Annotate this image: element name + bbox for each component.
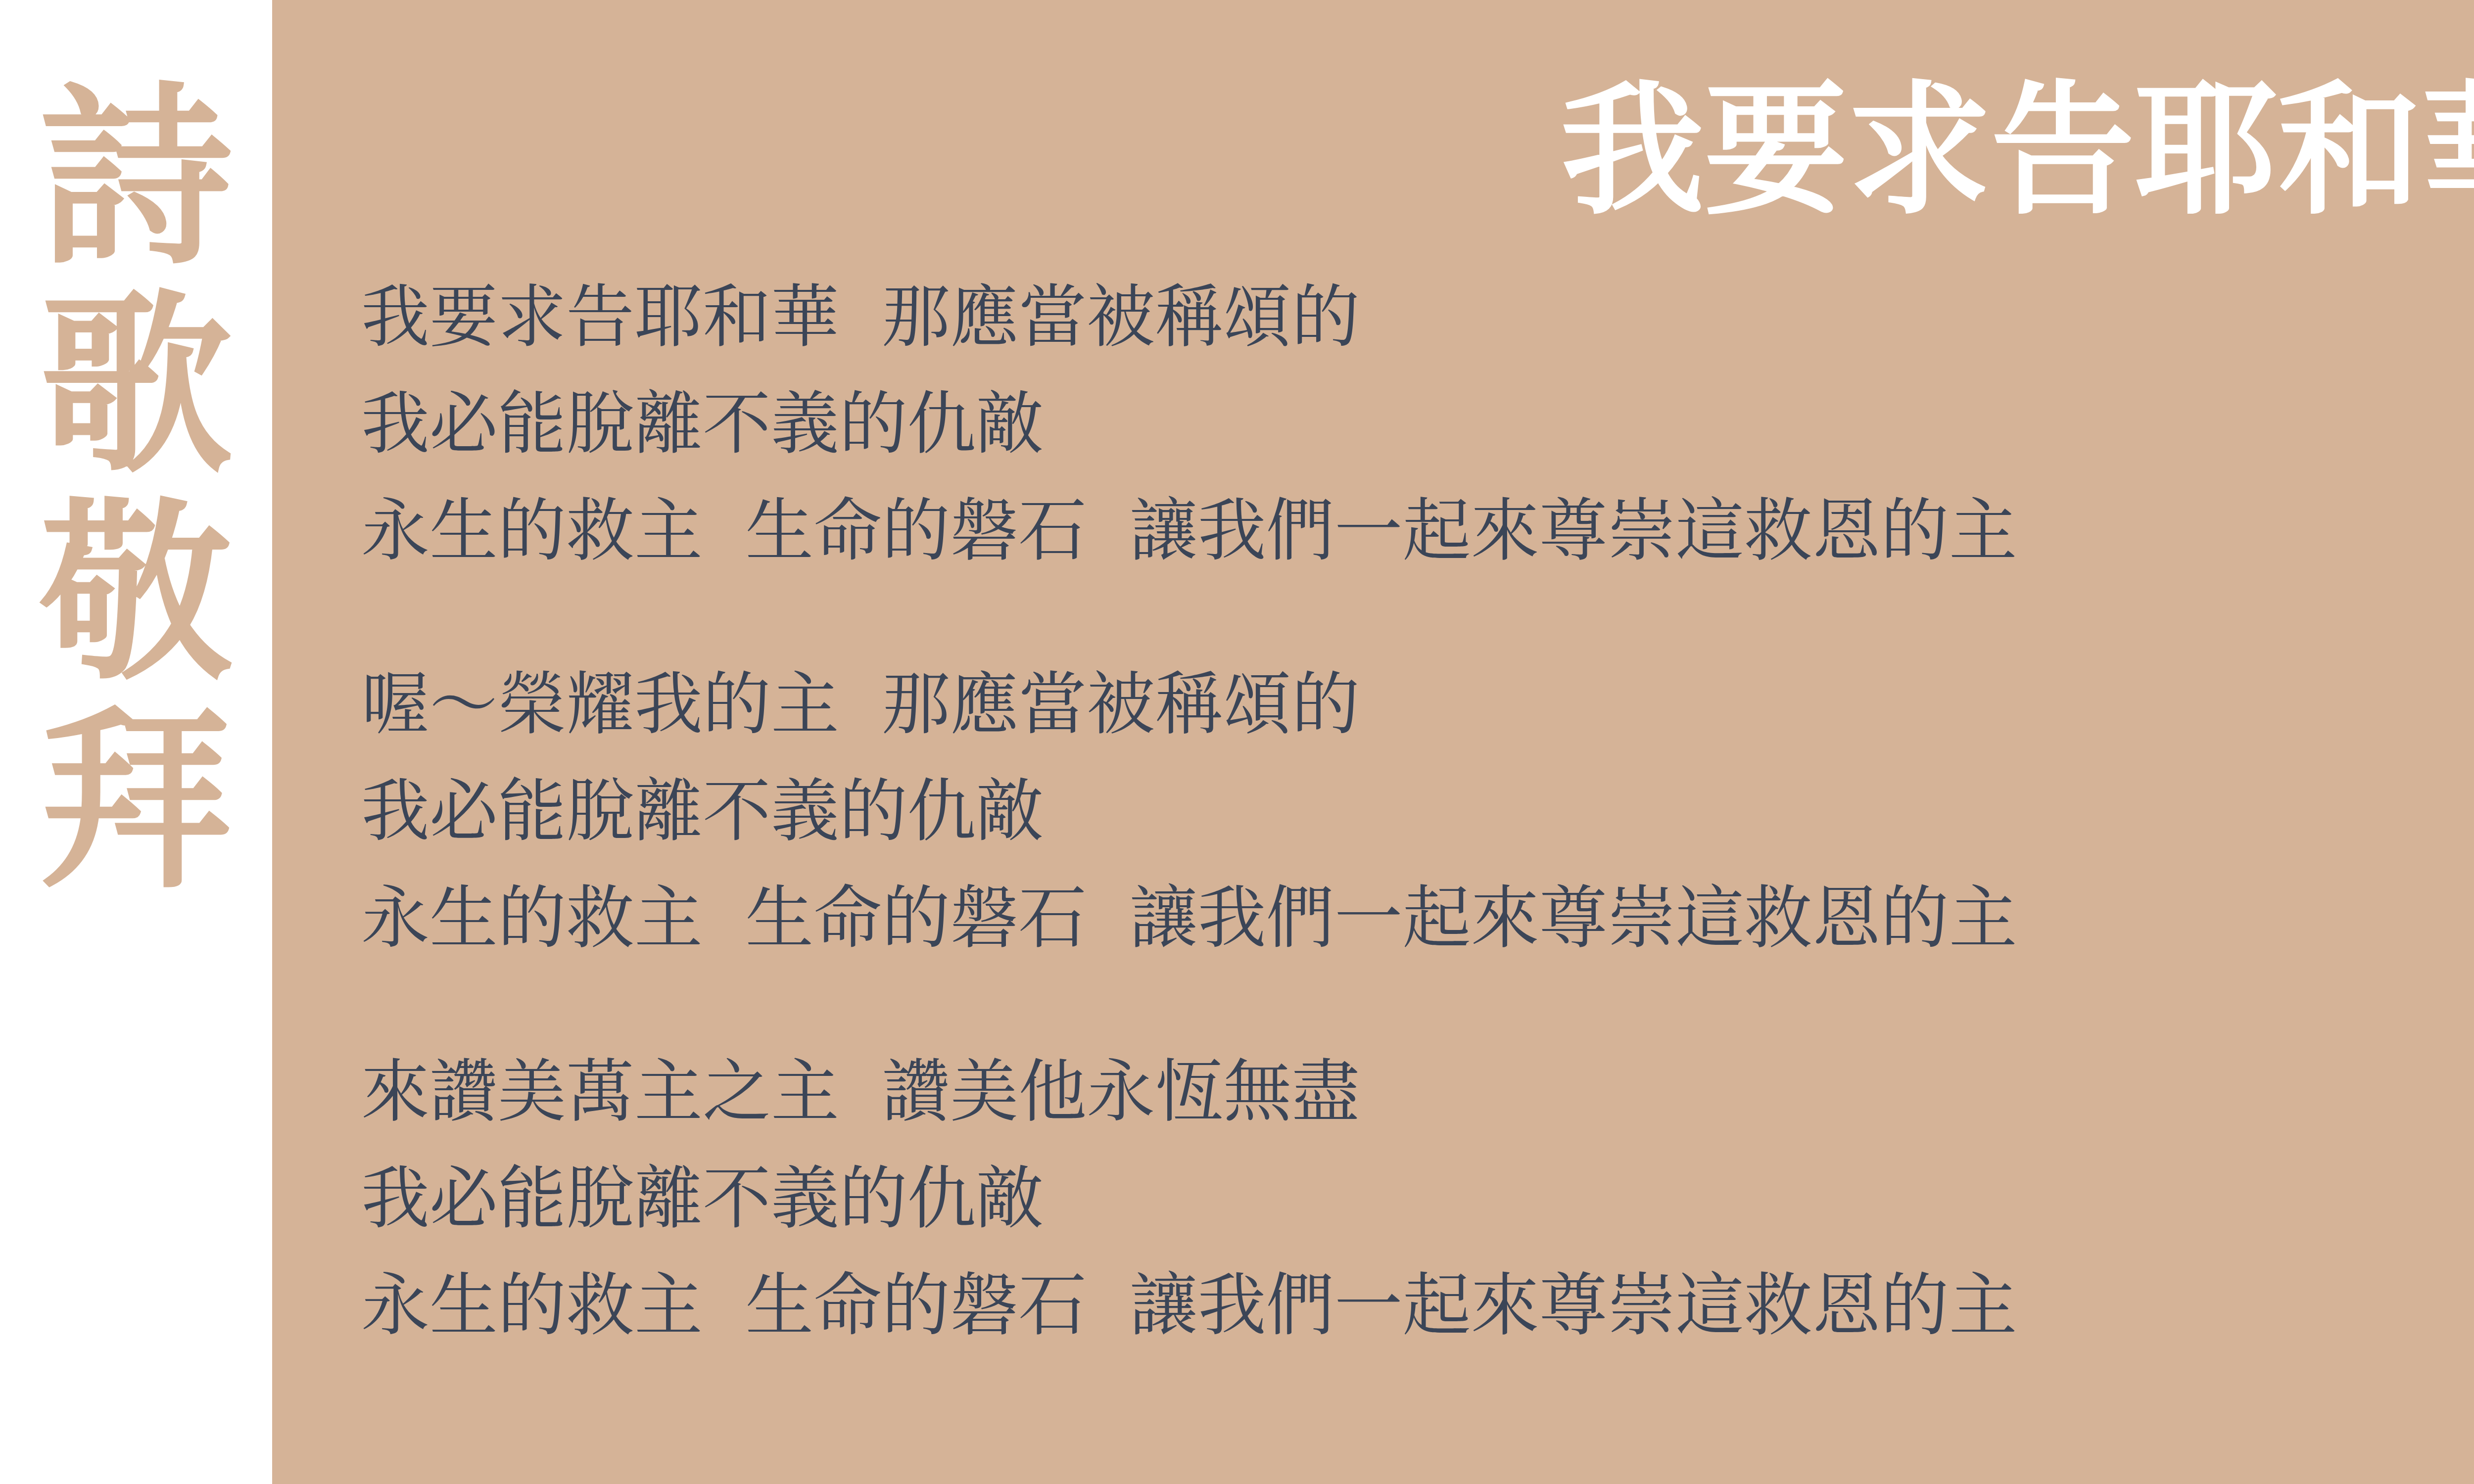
lyric-line: 喔～榮耀我的主 那應當被稱頌的 (361, 651, 2474, 758)
lyric-line: 我要求告耶和華 那應當被稱頌的 (361, 264, 2474, 371)
sidebar-vertical-title: 詩歌敬拜 (0, 0, 272, 905)
stanza-2: 喔～榮耀我的主 那應當被稱頌的 我必能脫離不義的仇敵 永生的救主 生命的磐石 讓… (361, 651, 2474, 972)
slide: 詩歌敬拜 我要求告耶和華 我要求告耶和華 那應當被稱頌的 我必能脫離不義的仇敵 … (0, 0, 2474, 1484)
lyric-line: 我必能脫離不義的仇敵 (361, 371, 2474, 477)
lyric-line: 我必能脫離不義的仇敵 (361, 1145, 2474, 1252)
lyric-line: 永生的救主 生命的磐石 讓我們一起來尊崇這救恩的主 (361, 1252, 2474, 1359)
lyrics-block: 我要求告耶和華 那應當被稱頌的 我必能脫離不義的仇敵 永生的救主 生命的磐石 讓… (361, 264, 2474, 1359)
stanza-3: 來讚美萬主之主 讚美他永恆無盡 我必能脫離不義的仇敵 永生的救主 生命的磐石 讓… (361, 1038, 2474, 1359)
stanza-1: 我要求告耶和華 那應當被稱頌的 我必能脫離不義的仇敵 永生的救主 生命的磐石 讓… (361, 264, 2474, 584)
lyric-line: 永生的救主 生命的磐石 讓我們一起來尊崇這救恩的主 (361, 865, 2474, 972)
lyric-line: 永生的救主 生命的磐石 讓我們一起來尊崇這救恩的主 (361, 477, 2474, 584)
lyric-line: 來讚美萬主之主 讚美他永恆無盡 (361, 1038, 2474, 1145)
slide-body: 我要求告耶和華 我要求告耶和華 那應當被稱頌的 我必能脫離不義的仇敵 永生的救主… (272, 0, 2474, 1484)
slide-title: 我要求告耶和華 (1561, 64, 2474, 237)
lyric-line: 我必能脫離不義的仇敵 (361, 758, 2474, 865)
sidebar: 詩歌敬拜 (0, 0, 272, 1484)
